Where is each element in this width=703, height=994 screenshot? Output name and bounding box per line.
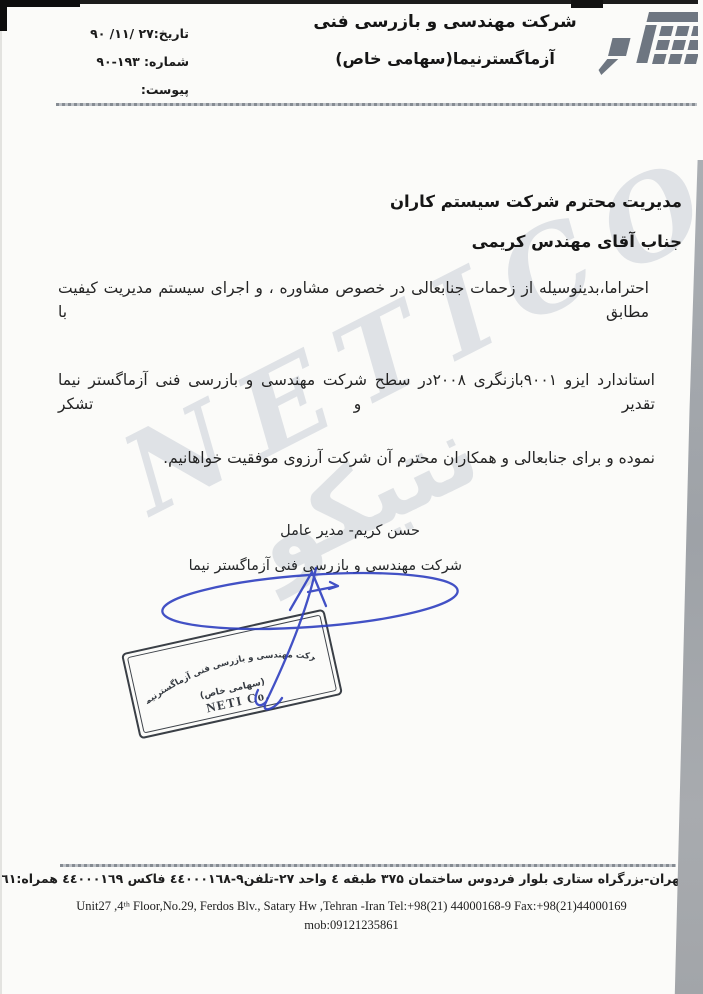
recipient-line2: جناب آقای مهندس کریمی bbox=[390, 222, 682, 262]
recipient-line1: مدیریت محترم شرکت سیستم کاران bbox=[390, 182, 682, 222]
recipient-block: مدیریت محترم شرکت سیستم کاران جناب آقای … bbox=[390, 182, 682, 262]
company-name-line2: آزماگسترنیما(سهامی خاص) bbox=[290, 49, 600, 68]
letter-meta-block: تاریخ:۲۷ /۱۱/ ۹۰ شماره: ۱۹۳-۹۰ پیوست: bbox=[14, 20, 189, 104]
footer-address-fa: تهران-بزرگراه ستاری بلوار فردوس ساختمان … bbox=[18, 871, 685, 886]
footer-address-en: Unit27 ,4ᵗʰ Floor,No.29, Ferdos Blv., Sa… bbox=[40, 899, 663, 914]
scan-artifact-top-notch bbox=[571, 0, 603, 8]
netico-logo-icon bbox=[598, 4, 698, 82]
footer-mobile: mob:09121235861 bbox=[40, 918, 663, 933]
footer-divider bbox=[60, 864, 676, 867]
scan-artifact-corner-horizontal bbox=[0, 0, 80, 7]
scanned-letter-page: { "letterhead": { "company_line1": "شرکت… bbox=[0, 0, 703, 994]
body-line: احتراما،بدینوسیله از زحمات جنابعالی در خ… bbox=[58, 276, 655, 324]
company-name-line1: شرکت مهندسی و بازرسی فنی bbox=[290, 12, 600, 32]
date-field: تاریخ:۲۷ /۱۱/ ۹۰ bbox=[14, 20, 189, 48]
handwritten-signature-icon bbox=[140, 552, 480, 726]
signatory-name-title: حسن کریم- مدیر عامل bbox=[280, 523, 420, 539]
letterhead-company-block: شرکت مهندسی و بازرسی فنی آزماگسترنیما(سه… bbox=[290, 12, 600, 68]
body-line: استاندارد ایزو ۹۰۰۱بازنگری ۲۰۰۸در سطح شر… bbox=[58, 368, 655, 416]
letter-body: احتراما،بدینوسیله از زحمات جنابعالی در خ… bbox=[58, 276, 655, 470]
header-divider bbox=[56, 103, 697, 106]
scan-artifact-left-edge bbox=[0, 0, 2, 994]
attachment-field: پیوست: bbox=[14, 76, 189, 104]
body-line: نموده و برای جنابعالی و همکاران محترم آن… bbox=[58, 446, 655, 470]
number-field: شماره: ۱۹۳-۹۰ bbox=[14, 48, 189, 76]
scan-artifact-right-shadow bbox=[673, 160, 703, 994]
